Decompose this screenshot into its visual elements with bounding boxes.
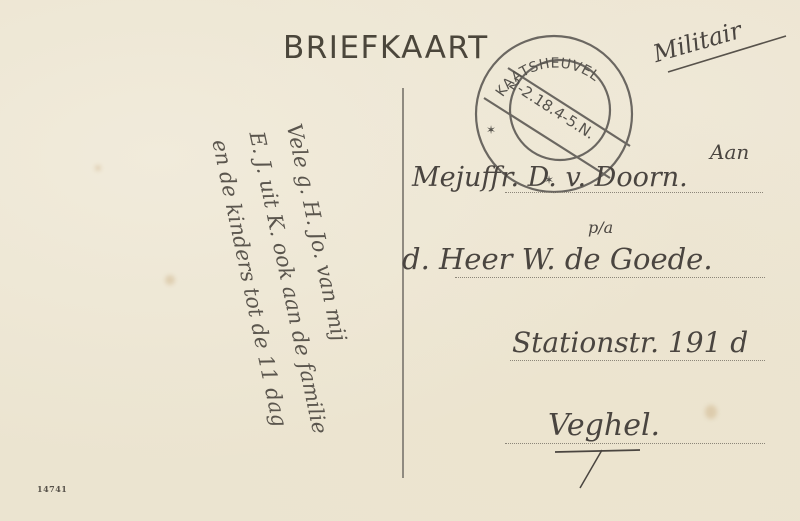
address-dotted-line-2 <box>455 277 765 278</box>
underline-stroke <box>660 20 790 80</box>
address-prefix-aan: Aan <box>710 140 749 164</box>
postcard-title: BRIEFKAART <box>283 30 489 66</box>
paper-stain <box>705 405 717 419</box>
print-number: 14741 <box>37 484 67 494</box>
address-dotted-line-3 <box>510 360 765 361</box>
address-line-1: Mejuffr. D. v. Doorn. <box>412 162 688 193</box>
address-line-2: d. Heer W. de Goede. <box>402 242 713 276</box>
postmark-date: 2-2.18.4-5.N. <box>506 74 598 143</box>
address-prefix-pa: p/a <box>588 218 613 237</box>
paper-stain <box>165 275 175 285</box>
svg-text:✶: ✶ <box>486 123 496 137</box>
underline-stroke <box>540 440 660 490</box>
address-line-3: Stationstr. 191 d <box>512 326 748 359</box>
paper-stain <box>95 165 101 171</box>
handwritten-message: Vele g. H. Jo. van mij E. J. uit K. ook … <box>200 120 376 445</box>
center-divider <box>402 88 404 478</box>
postcard: BRIEFKAART Militair KAATSHEUVEL 2-2.18.4… <box>0 0 800 521</box>
address-dotted-line-1 <box>505 192 763 193</box>
address-line-4: Veghel. <box>548 408 660 443</box>
